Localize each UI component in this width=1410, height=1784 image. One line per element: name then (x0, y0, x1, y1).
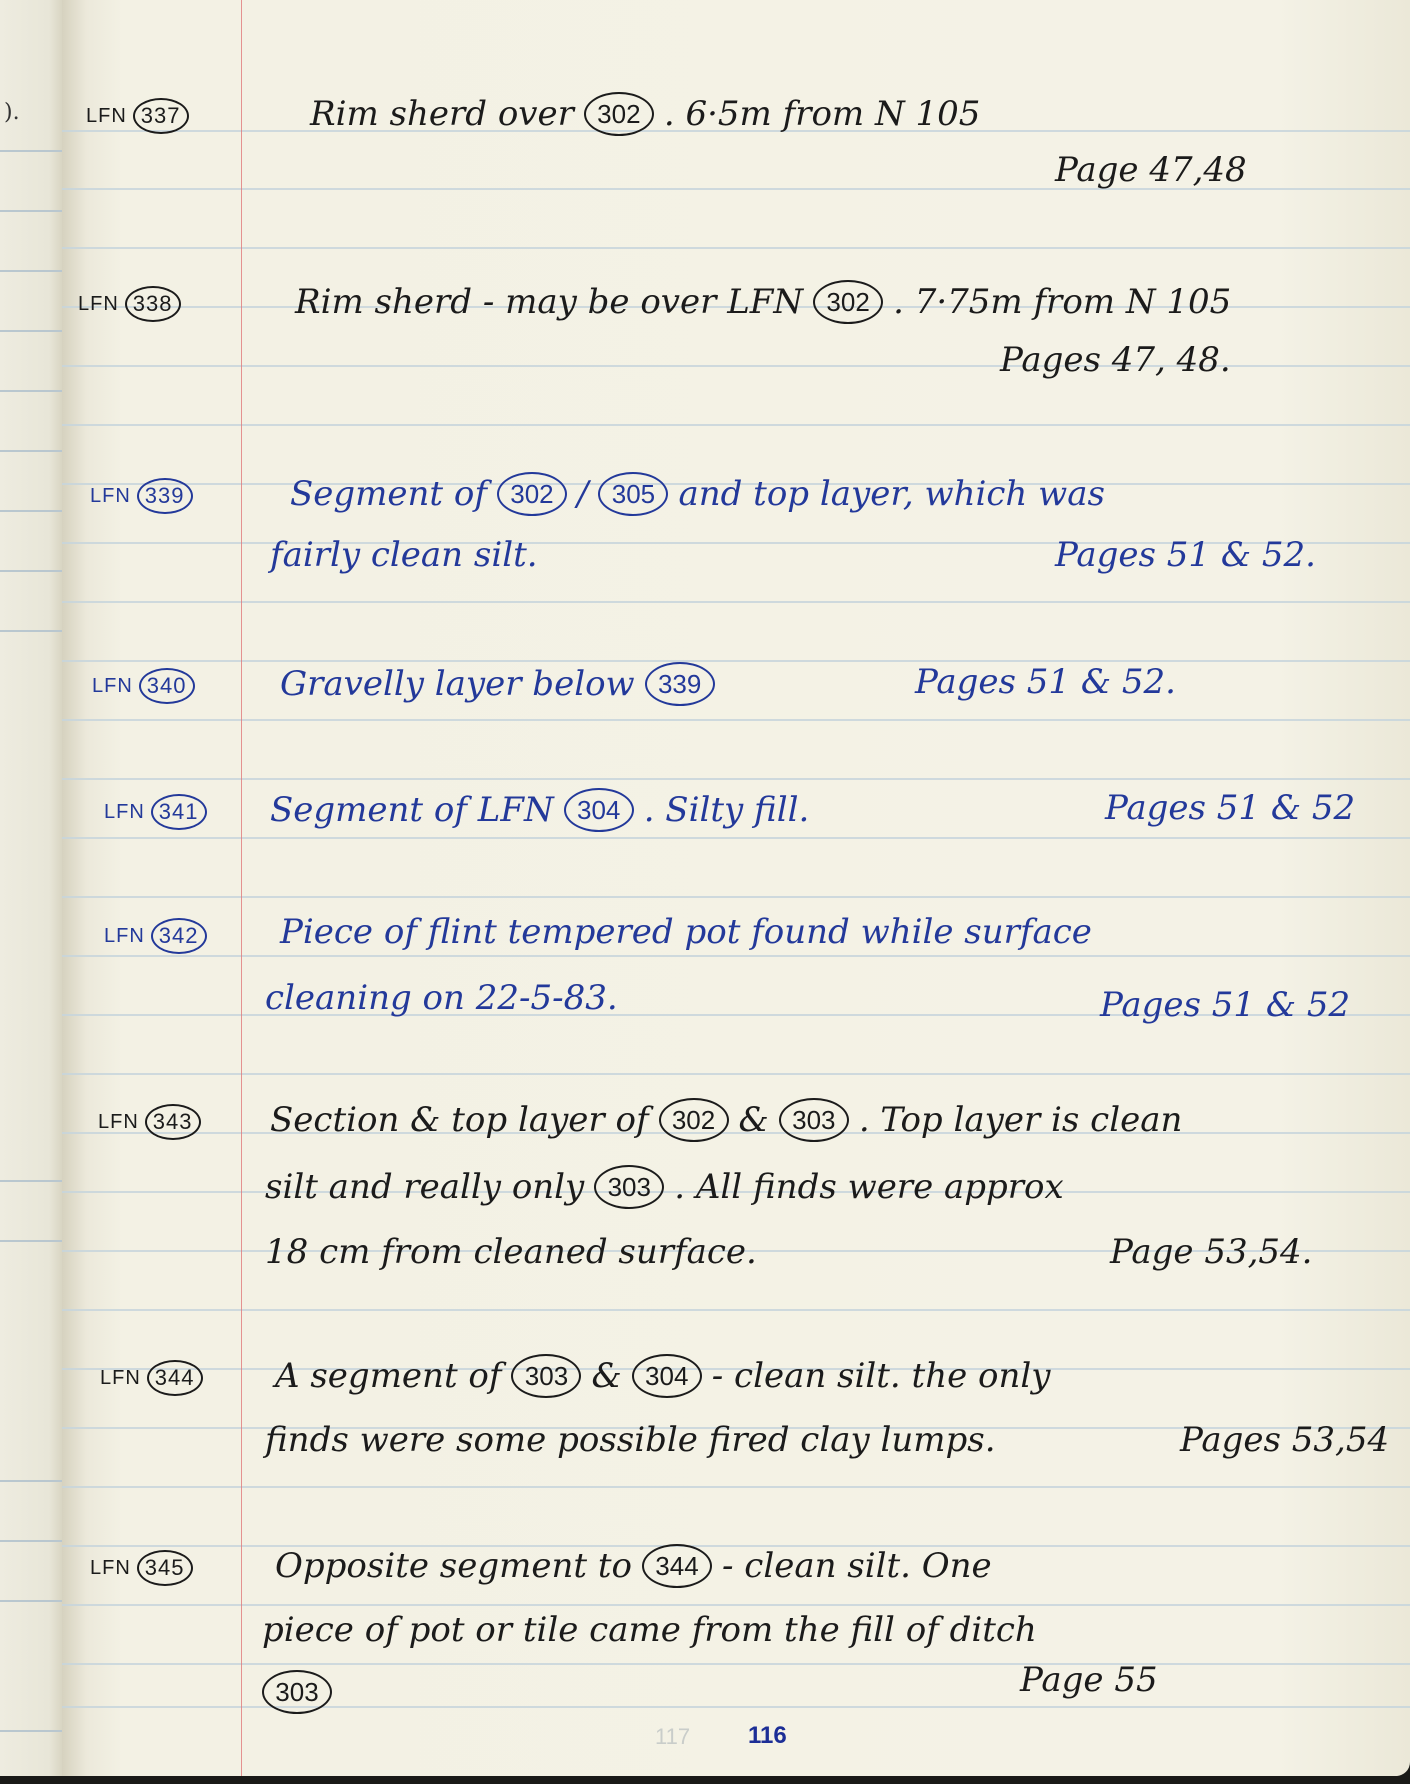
entry-342-line-2: cleaning on 22-5-83. (265, 978, 618, 1018)
entry-344-page-ref: Pages 53,54 (1180, 1420, 1389, 1460)
ref-circle-303: 303 (262, 1670, 332, 1714)
entry-342-line-1: Piece of flint tempered pot found while … (280, 912, 1092, 952)
entry-label-341: LFN 341 (104, 794, 207, 830)
facing-page-mark: ). (4, 100, 20, 125)
entry-339-line-2: fairly clean silt. (270, 535, 538, 575)
entry-338-line-1: Rim sherd - may be over LFN 302 . 7·75m … (295, 280, 1231, 324)
entry-label-340: LFN 340 (92, 668, 195, 704)
entry-342-page-ref: Pages 51 & 52 (1100, 985, 1350, 1025)
entry-345-line-1: Opposite segment to 344 - clean silt. On… (275, 1544, 992, 1588)
entry-label-343: LFN 343 (98, 1104, 201, 1140)
entry-340-page-ref: Pages 51 & 52. (915, 662, 1176, 702)
entry-label-345: LFN 345 (90, 1550, 193, 1586)
entry-338-page-ref: Pages 47, 48. (1000, 340, 1231, 380)
entry-344-line-1: A segment of 303 & 304 - clean silt. the… (275, 1354, 1050, 1398)
ref-circle-304: 304 (632, 1354, 702, 1398)
ref-circle-303: 303 (779, 1098, 849, 1142)
page-number: 116 (748, 1722, 787, 1750)
entry-339-page-ref: Pages 51 & 52. (1055, 535, 1316, 575)
facing-page-edge: ). (0, 0, 70, 1776)
entry-343-line-1: Section & top layer of 302 & 303 . Top l… (270, 1098, 1182, 1142)
entry-341-line-1: Segment of LFN 304 . Silty fill. (270, 788, 809, 832)
ref-circle-305: 305 (598, 472, 668, 516)
ref-circle-303: 303 (511, 1354, 581, 1398)
ref-circle-344: 344 (642, 1544, 712, 1588)
entry-label-338: LFN 338 (78, 286, 181, 322)
bleed-through-page-number: 117 (655, 1724, 690, 1750)
entry-344-line-2: finds were some possible fired clay lump… (265, 1420, 996, 1460)
entry-label-342: LFN 342 (104, 918, 207, 954)
entry-345-page-ref: Page 55 (1020, 1660, 1158, 1700)
entry-340-line-1: Gravelly layer below 339 (280, 662, 715, 706)
entry-343-page-ref: Page 53,54. (1110, 1232, 1312, 1272)
entry-label-337: LFN 337 (86, 98, 189, 134)
margin-line (241, 0, 242, 1776)
ref-circle-302: 302 (584, 92, 654, 136)
ref-circle-303: 303 (594, 1165, 664, 1209)
entry-label-344: LFN 344 (100, 1360, 203, 1396)
entry-339-line-1: Segment of 302 / 305 and top layer, whic… (290, 472, 1105, 516)
entry-343-line-3: 18 cm from cleaned surface. (265, 1232, 757, 1272)
entry-label-339: LFN 339 (90, 478, 193, 514)
ref-circle-304: 304 (564, 788, 634, 832)
scan-bottom-edge (0, 1776, 1410, 1784)
entry-345-line-2: piece of pot or tile came from the fill … (262, 1610, 1037, 1650)
entry-345-line-3: 303 (262, 1670, 332, 1714)
entry-337-page-ref: Page 47,48 (1055, 150, 1247, 190)
entry-number-circle: 337 (133, 98, 189, 134)
entry-343-line-2: silt and really only 303 . All finds wer… (265, 1165, 1064, 1209)
ref-circle-339: 339 (645, 662, 715, 706)
notebook-page (62, 0, 1410, 1776)
entry-337-line-1: Rim sherd over 302 . 6·5m from N 105 (310, 92, 980, 136)
entry-341-page-ref: Pages 51 & 52 (1105, 788, 1355, 828)
ref-circle-302: 302 (497, 472, 567, 516)
ref-circle-302: 302 (813, 280, 883, 324)
ref-circle-302: 302 (659, 1098, 729, 1142)
